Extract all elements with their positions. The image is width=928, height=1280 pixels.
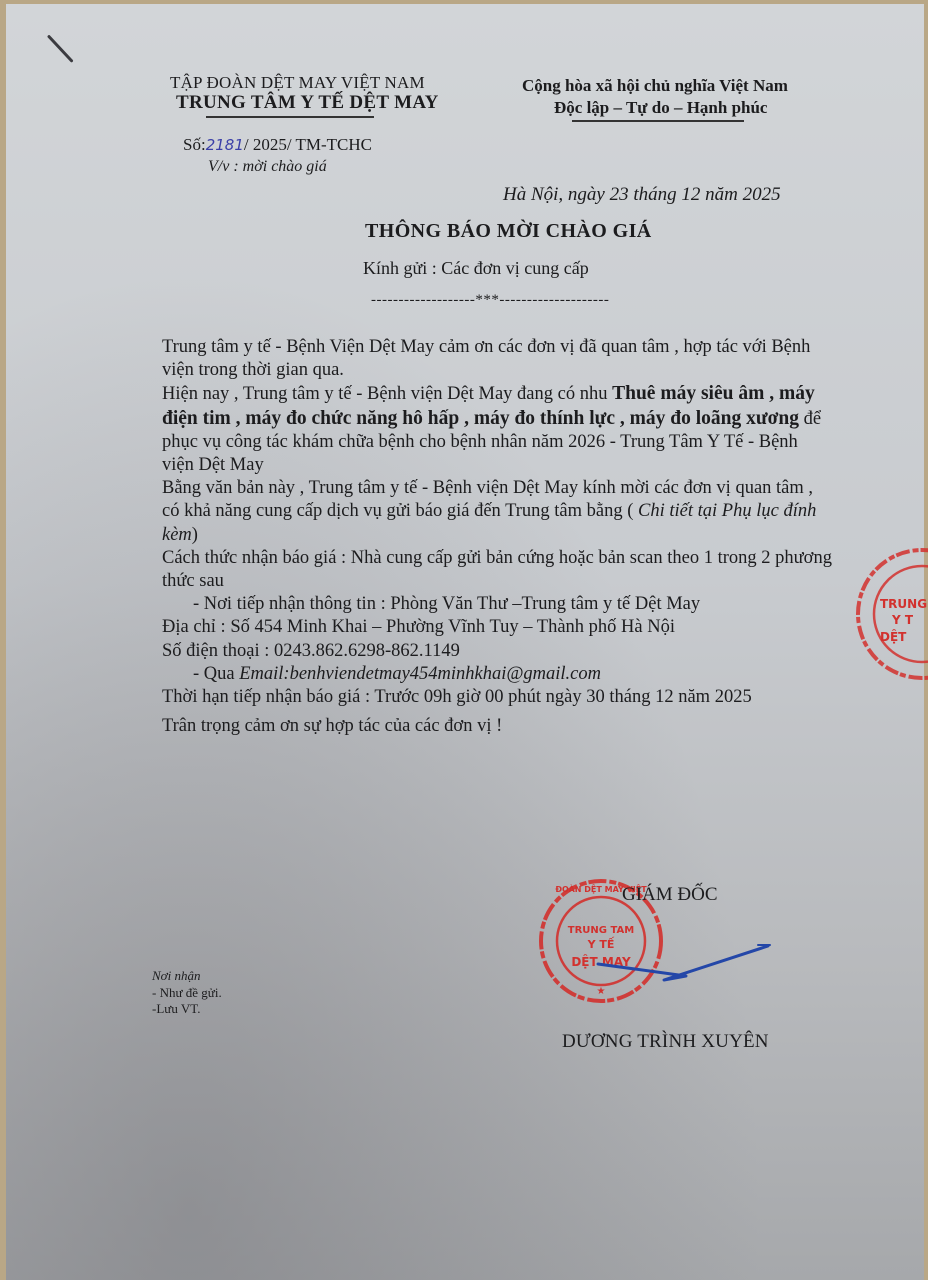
document-number: Số:2181/ 2025/ TM-TCHC [183, 135, 372, 155]
document-subject: V/v : mời chào giá [208, 158, 327, 176]
closing-line: Trân trọng cảm ơn sự hợp tác của các đơn… [162, 715, 832, 738]
doc-number-prefix: Số: [183, 135, 206, 154]
svg-text:Y T: Y T [891, 613, 914, 627]
method-office: - Nơi tiếp nhận thông tin : Phòng Văn Th… [162, 593, 832, 616]
svg-text:TRUNG: TRUNG [880, 597, 927, 611]
pen-mark [47, 34, 74, 62]
method-email: - Qua Email:benhviendetmay454minhkhai@gm… [162, 663, 832, 686]
recipients-list: - Như đề gửi. -Lưu VT. [152, 985, 222, 1017]
email-address: Email:benhviendetmay454minhkhai@gmail.co… [239, 664, 601, 684]
recipient-item: -Lưu VT. [152, 1001, 222, 1017]
recipient-item: - Như đề gửi. [152, 985, 222, 1001]
doc-number-suffix: / 2025/ TM-TCHC [244, 135, 372, 154]
signer-position: GIÁM ĐỐC [622, 884, 718, 906]
address-line: Địa chỉ : Số 454 Minh Khai – Phường Vĩnh… [162, 616, 832, 639]
deadline-line: Thời hạn tiếp nhận báo giá : Trước 09h g… [162, 686, 832, 709]
document-page: TẬP ĐOÀN DỆT MAY VIỆT NAM TRUNG TÂM Y TẾ… [6, 4, 924, 1280]
document-body: Trung tâm y tế - Bệnh Viện Dệt May cảm ơ… [162, 336, 832, 738]
email-lead: - Qua [193, 664, 239, 684]
separator: -------------------***------------------… [371, 292, 609, 309]
paragraph-need: Hiện nay , Trung tâm y tế - Bệnh viện Dệ… [162, 382, 832, 477]
document-date: Hà Nội, ngày 23 tháng 12 năm 2025 [503, 184, 781, 206]
document-title: THÔNG BÁO MỜI CHÀO GIÁ [365, 220, 652, 243]
paragraph-thanks: Trung tâm y tế - Bệnh Viện Dệt May cảm ơ… [162, 336, 832, 382]
signature-icon [586, 934, 786, 994]
phone-line: Số điện thoại : 0243.862.6298-862.1149 [162, 640, 832, 663]
national-title: Cộng hòa xã hội chủ nghĩa Việt Nam [522, 76, 788, 96]
partial-stamp-icon: TRUNG Y T DỆT [852, 544, 928, 684]
invitation-tail: ) [192, 525, 198, 545]
recipient-line: Kính gửi : Các đơn vị cung cấp [363, 258, 589, 279]
need-lead: Hiện nay , Trung tâm y tế - Bệnh viện Dệ… [162, 384, 612, 404]
doc-number-handwritten: 2181 [206, 136, 244, 154]
recipients-label: Nơi nhận [152, 968, 200, 984]
paragraph-invitation: Bằng văn bản này , Trung tâm y tế - Bệnh… [162, 477, 832, 547]
signer-name: DƯƠNG TRÌNH XUYÊN [562, 1031, 769, 1053]
parent-organization: TẬP ĐOÀN DỆT MAY VIỆT NAM [170, 73, 425, 93]
organization-name: TRUNG TÂM Y TẾ DỆT MAY [176, 92, 439, 114]
motto-underline [572, 120, 744, 122]
svg-text:DỆT: DỆT [880, 629, 907, 644]
organization-underline [206, 116, 374, 118]
paragraph-methods: Cách thức nhận báo giá : Nhà cung cấp gử… [162, 547, 832, 593]
national-motto: Độc lập – Tự do – Hạnh phúc [554, 98, 767, 118]
